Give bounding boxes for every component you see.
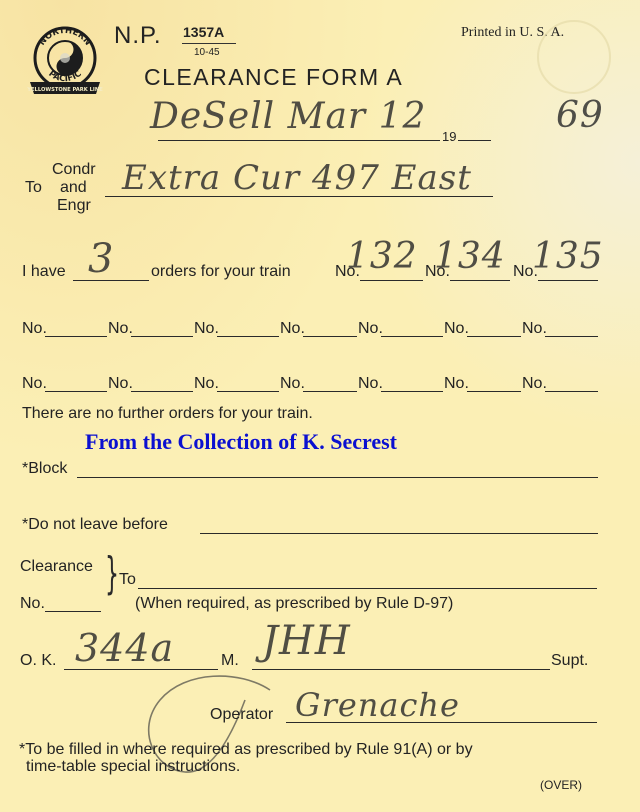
no-field[interactable] <box>545 336 598 337</box>
label-supt: Supt. <box>551 652 588 670</box>
date-line-underline <box>158 140 440 141</box>
no-field[interactable] <box>45 336 107 337</box>
label-condr: Condr <box>52 161 96 179</box>
label-operator: Operator <box>210 706 273 724</box>
no-field[interactable] <box>303 391 357 392</box>
clearance-to-field[interactable] <box>138 588 597 589</box>
year-underline <box>458 140 491 141</box>
svg-text:YELLOWSTONE PARK LINE: YELLOWSTONE PARK LINE <box>26 87 103 93</box>
clearance-rule-note: (When required, as prescribed by Rule D-… <box>135 595 453 613</box>
order-no-underline-3 <box>538 280 598 281</box>
handwritten-order-number-2: 134 <box>434 236 506 277</box>
handwritten-place-date: DeSell Mar 12 <box>150 96 426 137</box>
no-label: No. <box>280 320 305 338</box>
no-field[interactable] <box>545 391 598 392</box>
no-label: No. <box>444 375 469 393</box>
handwritten-train-designation: Extra Cur 497 East <box>122 158 472 198</box>
no-label: No. <box>358 375 383 393</box>
footnote-line-2: time-table special instructions. <box>26 758 240 776</box>
no-label: No. <box>108 320 133 338</box>
no-label: No. <box>522 320 547 338</box>
label-orders-for-train: orders for your train <box>151 263 291 281</box>
no-field[interactable] <box>467 391 521 392</box>
handwritten-operator-signature: Grenache <box>295 686 460 724</box>
form-number: 1357A <box>183 24 224 40</box>
no-further-orders-text: There are no further orders for your tra… <box>22 405 313 423</box>
no-field[interactable] <box>217 336 279 337</box>
do-not-leave-before-field[interactable] <box>200 533 598 534</box>
no-field[interactable] <box>467 336 521 337</box>
no-field[interactable] <box>131 391 193 392</box>
no-label: No. <box>280 375 305 393</box>
no-label: No. <box>194 320 219 338</box>
label-clearance-to: To <box>119 571 136 589</box>
label-clearance-no: No. <box>20 595 45 613</box>
no-label: No. <box>22 375 47 393</box>
clearance-form-document: NORTHERN PACIFIC YELLOWSTONE PARK LINE N… <box>0 0 640 812</box>
clearance-no-field[interactable] <box>45 611 101 612</box>
block-field[interactable] <box>77 477 598 478</box>
footnote-line-1: *To be filled in where required as presc… <box>19 741 473 759</box>
no-field[interactable] <box>45 391 107 392</box>
label-clearance: Clearance <box>20 558 93 576</box>
label-do-not-leave-before: *Do not leave before <box>22 516 168 534</box>
no-field[interactable] <box>381 391 443 392</box>
form-date: 10-45 <box>194 47 220 58</box>
handwritten-order-number-1: 132 <box>346 236 418 277</box>
no-field[interactable] <box>131 336 193 337</box>
no-label: No. <box>358 320 383 338</box>
no-field[interactable] <box>303 336 357 337</box>
handwritten-order-count: 3 <box>88 236 114 282</box>
order-no-underline-2 <box>450 280 510 281</box>
year-prefix: 19 <box>442 129 456 144</box>
label-ok: O. K. <box>20 652 56 670</box>
over-indicator: (OVER) <box>540 778 582 792</box>
bleed-through-stamp <box>537 20 611 94</box>
no-field[interactable] <box>381 336 443 337</box>
label-i-have: I have <box>22 263 66 281</box>
label-engr: Engr <box>57 197 91 215</box>
handwritten-ok-initials: JHH <box>262 618 351 664</box>
no-label: No. <box>194 375 219 393</box>
no-field[interactable] <box>217 391 279 392</box>
no-label: No. <box>444 320 469 338</box>
form-number-divider <box>182 43 236 44</box>
handwritten-year: 69 <box>556 95 604 136</box>
order-no-underline-1 <box>360 280 423 281</box>
label-block: *Block <box>22 460 67 478</box>
northern-pacific-logo-icon: NORTHERN PACIFIC YELLOWSTONE PARK LINE <box>26 24 104 98</box>
label-and: and <box>60 179 87 197</box>
no-label: No. <box>108 375 133 393</box>
handwritten-order-number-3: 135 <box>532 236 604 277</box>
collection-watermark: From the Collection of K. Secrest <box>85 429 397 455</box>
clearance-brace: } <box>105 552 119 596</box>
no-label: No. <box>22 320 47 338</box>
no-label: No. <box>522 375 547 393</box>
form-title: CLEARANCE FORM A <box>144 64 403 91</box>
railroad-prefix: N.P. <box>114 22 162 50</box>
label-to: To <box>25 179 42 197</box>
